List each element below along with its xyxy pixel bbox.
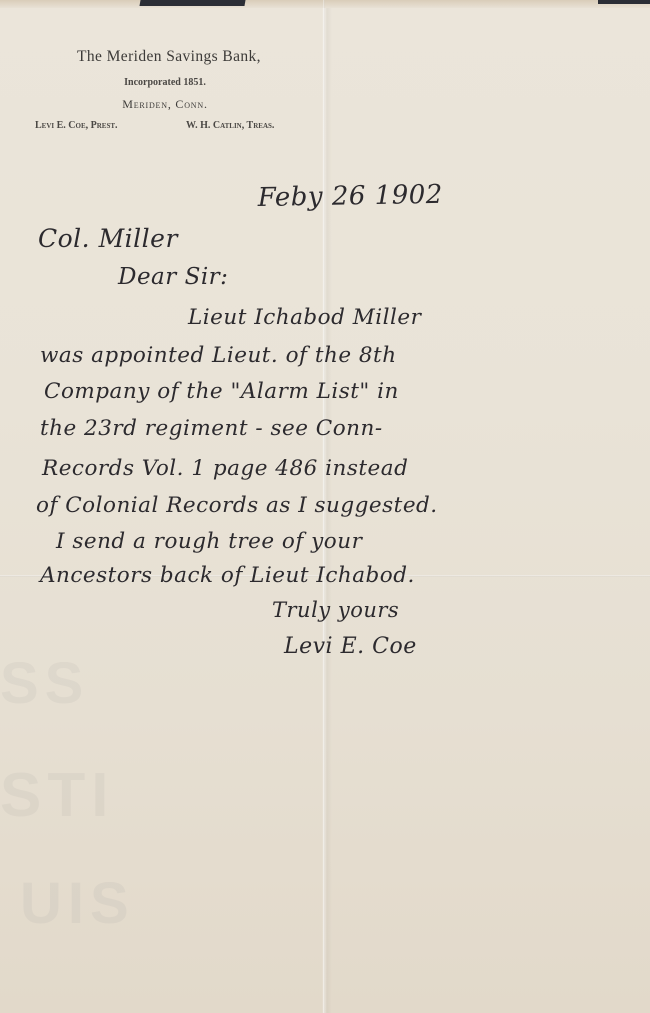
- letter-date: Feby 26 1902: [257, 180, 443, 213]
- show-through-text: SS: [0, 650, 89, 717]
- binder-clip-right: [598, 0, 650, 4]
- bank-location: Meriden, Conn.: [0, 97, 330, 112]
- president: Levi E. Coe, Prest.: [35, 120, 118, 131]
- body-line: Lieut Ichabod Miller: [188, 305, 421, 330]
- letterhead: The Meriden Savings Bank, Incorporated 1…: [0, 48, 330, 134]
- bank-name: The Meriden Savings Bank,: [8, 48, 330, 66]
- paper-top-edge: [0, 0, 650, 8]
- recipient: Col. Miller: [38, 224, 178, 253]
- signature: Levi E. Coe: [284, 634, 417, 659]
- body-line: was appointed Lieut. of the 8th: [40, 343, 397, 368]
- body-line: Ancestors back of Lieut Ichabod.: [40, 563, 415, 588]
- treasurer: W. H. Catlin, Treas.: [186, 120, 274, 131]
- show-through-text: UIS: [20, 870, 135, 937]
- closing: Truly yours: [272, 598, 399, 622]
- binder-clip-left: [139, 0, 245, 6]
- body-line: Company of the "Alarm List" in: [44, 379, 399, 404]
- bank-officers: Levi E. Coe, Prest. W. H. Catlin, Treas.: [0, 120, 330, 134]
- body-line: the 23rd regiment - see Conn-: [40, 416, 383, 441]
- show-through-text: STI: [0, 760, 114, 831]
- salutation: Dear Sir:: [118, 264, 228, 290]
- body-line: I send a rough tree of your: [56, 529, 362, 554]
- body-line: Records Vol. 1 page 486 instead: [42, 456, 408, 481]
- incorporation-year: Incorporated 1851.: [0, 77, 330, 88]
- body-line: of Colonial Records as I suggested.: [36, 493, 438, 518]
